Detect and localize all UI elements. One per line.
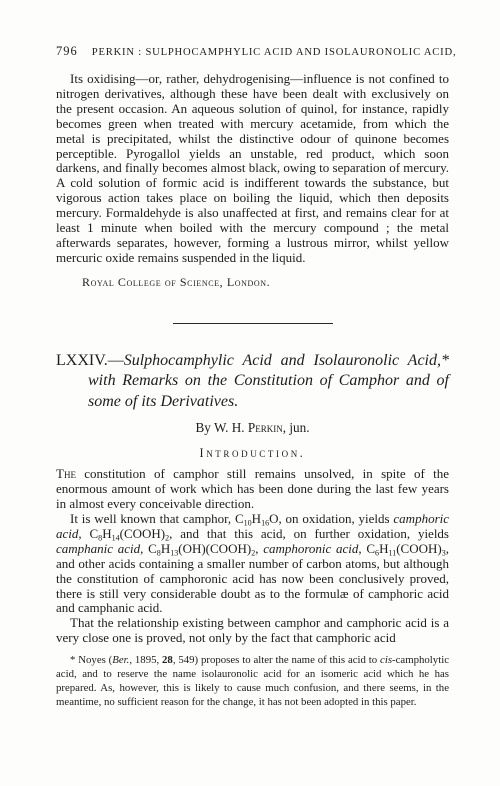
author-affiliation: Royal College of Science, London. — [82, 275, 449, 290]
journal-page: 796 PERKIN : SULPHOCAMPHYLIC ACID AND IS… — [0, 0, 500, 786]
text-column: 796 PERKIN : SULPHOCAMPHYLIC ACID AND IS… — [56, 44, 449, 709]
previous-article-closing-paragraph: Its oxidising—or, rather, dehydrogenisin… — [56, 72, 449, 266]
page-header: 796 PERKIN : SULPHOCAMPHYLIC ACID AND IS… — [56, 44, 449, 59]
section-heading-introduction: Introduction. — [56, 446, 449, 461]
intro-paragraph-1: The constitution of camphor still remain… — [56, 467, 449, 512]
footnote: * Noyes (Ber., 1895, 28, 549) proposes t… — [56, 654, 449, 709]
running-title: PERKIN : SULPHOCAMPHYLIC ACID AND ISOLAU… — [92, 47, 457, 58]
intro-paragraph-3: That the relationship existing between c… — [56, 616, 449, 646]
page-number: 796 — [56, 44, 78, 59]
article-title: LXXIV.—Sulphocamphylic Acid and Isolauro… — [56, 351, 449, 413]
section-divider-rule — [173, 323, 333, 324]
article-byline: By W. H. Perkin, jun. — [56, 420, 449, 436]
intro-paragraph-2: It is well known that camphor, C10H16O, … — [56, 512, 449, 616]
